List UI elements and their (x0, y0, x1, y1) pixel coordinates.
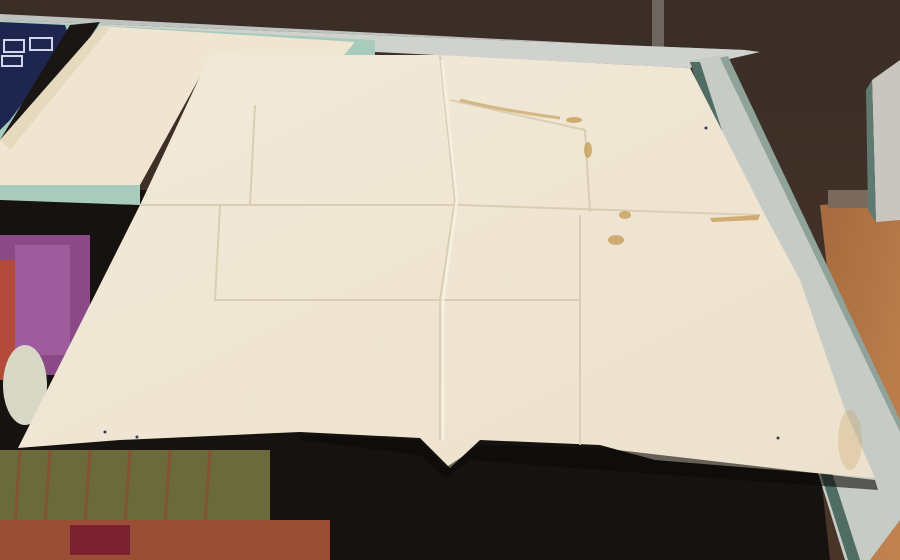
door-frame (872, 60, 900, 222)
striped-textile (0, 450, 270, 525)
scene-illustration (0, 0, 900, 560)
display-case-photo (0, 0, 900, 560)
baseboard (828, 190, 873, 208)
red-textile (0, 520, 330, 560)
